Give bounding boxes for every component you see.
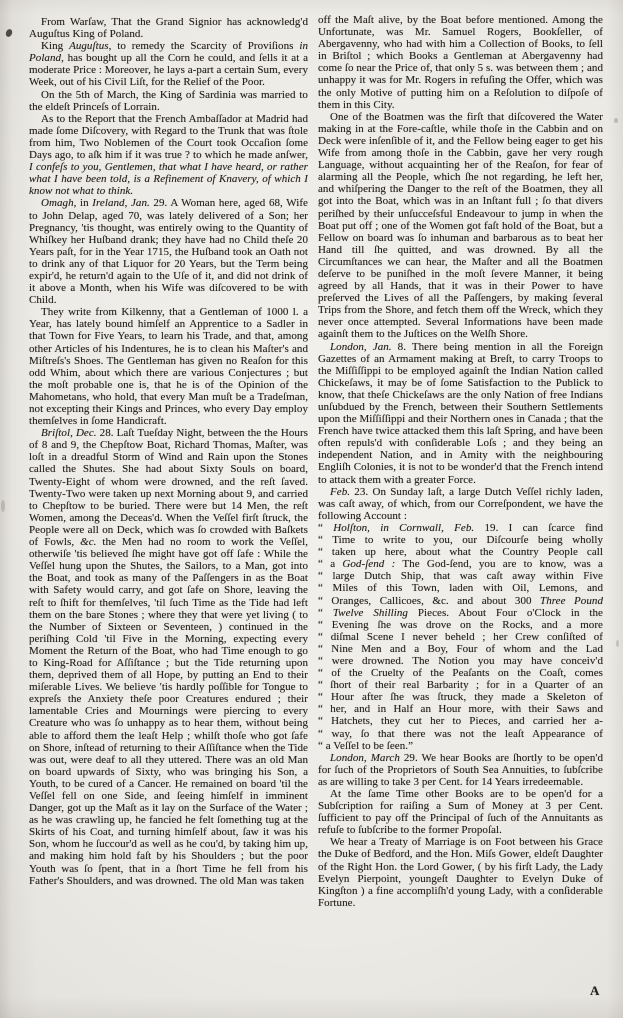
quoted-letter-line: “ Evening ſhe was drove on the Rocks, an… (318, 619, 603, 631)
italic-text-run: Feb. (330, 486, 350, 498)
quoted-letter-line: “ a God-ſend : The God-ſend, you are to … (318, 558, 603, 570)
printer-signature-mark: A (590, 983, 599, 999)
text-run: 8. There being mention in all the Foreig… (318, 341, 603, 486)
italic-text-run: &c. (80, 536, 96, 548)
text-run: “ diſmal Scene I never beheld ; her Crew… (318, 631, 603, 643)
quoted-letter-line: “ Nine Men and a Boy, Four of whom and t… (318, 643, 603, 655)
text-run: “ Nine Men and a Boy, Four of whom and t… (318, 643, 603, 655)
paragraph: As to the Report that the French Ambaſſa… (29, 113, 308, 198)
text-run: “ her, and in Half an Hour more, with th… (318, 703, 603, 715)
quoted-letter-line: “ way, ſo that there was not the leaſt A… (318, 728, 603, 740)
italic-text-run: Jan. (131, 197, 150, 209)
italic-text-run: Ireland (92, 197, 124, 209)
text-run: “ Hour after ſhe was ſtruck, they made a… (318, 691, 603, 703)
italic-text-run: Briſtol (41, 427, 70, 439)
italic-text-run: Jan. (373, 341, 392, 353)
quoted-letter-line: “ ſhort of their real Barbarity ; for in… (318, 679, 603, 691)
text-run: “ Hatchets, they cut her to Pieces, and … (318, 715, 603, 727)
quoted-letter-line: “ taken up here, about what the Country … (318, 546, 603, 558)
ink-speck (614, 118, 618, 123)
italic-text-run: Three Pound (540, 595, 603, 607)
text-run: “ way, ſo that there was not the leaſt A… (318, 728, 603, 740)
italic-text-run: God-ſend : (342, 558, 395, 570)
text-run: 29. A Woman here, aged 68, Wife to John … (29, 197, 308, 306)
newspaper-page: From Warſaw, That the Grand Signior has … (0, 0, 623, 1018)
quoted-letter-line: “ were drowned. The Notion you may have … (318, 655, 603, 667)
text-run: “ Evening ſhe was drove on the Rocks, an… (318, 619, 603, 631)
quoted-letter-line: “ diſmal Scene I never beheld ; her Crew… (318, 631, 603, 643)
paragraph: Briſtol, Dec. 28. Laſt Tueſday Night, be… (29, 427, 308, 887)
text-run: the Men had no room to work the Veſſel, … (29, 536, 308, 887)
text-run: 28. Laſt Tueſday Night, between the the … (29, 427, 308, 548)
quoted-letter-line: “ Time to write to you, our Diſcourſe be… (318, 534, 603, 546)
paragraph: London, March 29. We hear Books are ſhor… (318, 752, 603, 788)
quoted-letter-line: “ Oranges, Callicoes, &c. and about 300 … (318, 595, 603, 607)
italic-text-run: Auguſtus (69, 40, 109, 52)
paragraph: King Auguſtus, to remedy the Scarcity of… (29, 40, 308, 88)
text-run: “ Oranges, Callicoes, &c. and about 300 (318, 595, 540, 607)
italic-text-run: Omagh (41, 197, 74, 209)
quoted-letter: “ Holſton, in Cornwall, Feb. 19. I can ſ… (318, 522, 603, 752)
italic-text-run: London, March (330, 752, 400, 764)
italic-text-run: I confeſs to you, Gentlemen, that what I… (29, 161, 308, 197)
paragraph: One of the Boatmen was the firſt that di… (318, 111, 603, 341)
text-run: “ ſhort of their real Barbarity ; for in… (318, 679, 603, 691)
italic-text-run: London (330, 341, 364, 353)
text-run: From Warſaw, That the Grand Signior has … (29, 16, 308, 40)
quoted-letter-line: “ a Veſſel to be ſeen.” (318, 740, 603, 752)
text-run: As to the Report that the French Ambaſſa… (29, 113, 308, 161)
text-run: “ were drowned. The Notion you may have … (318, 655, 603, 667)
text-run: , to remedy the Scarcity of Proviſions (109, 40, 300, 52)
text-run: , in (74, 197, 93, 209)
text-run: , (364, 341, 373, 353)
paragraph: We hear a Treaty of Marriage is on Foot … (318, 836, 603, 909)
text-run: off the Maſt alive, by the Boat before m… (318, 14, 603, 111)
italic-text-run: Dec. (76, 427, 97, 439)
paragraph: On the 5th of March, the King of Sardini… (29, 89, 308, 113)
left-column: From Warſaw, That the Grand Signior has … (29, 16, 308, 1000)
paragraph: Omagh, in Ireland, Jan. 29. A Woman here… (29, 197, 308, 306)
text-run: “ large Dutch Ship, that was caſt away w… (318, 570, 603, 582)
quoted-letter-line: “ Hatchets, they cut her to Pieces, and … (318, 715, 603, 727)
paragraph: At the ſame Time other Books are to be o… (318, 788, 603, 836)
text-run: On the 5th of March, the King of Sardini… (29, 89, 308, 113)
text-run: “ of the Cruelty of the Peaſants on the … (318, 667, 603, 679)
text-run: At the ſame Time other Books are to be o… (318, 788, 603, 836)
text-run: “ (318, 522, 333, 534)
text-run: 19. I can ſcarce find (474, 522, 603, 534)
text-run: “ a (318, 558, 342, 570)
ink-speck (1, 500, 5, 512)
ink-speck (616, 640, 619, 647)
quoted-letter-line: “ large Dutch Ship, that was caſt away w… (318, 570, 603, 582)
quoted-letter-line: “ Miles of this Town, laden with Oil, Le… (318, 582, 603, 594)
text-run: The God-ſend, you are to know, was a (395, 558, 603, 570)
text-run: “ taken up here, about what the Country … (318, 546, 603, 558)
text-run: 23. On Sunday laſt, a large Dutch Veſſel… (318, 486, 603, 522)
quoted-letter-line: “ her, and in Half an Hour more, with th… (318, 703, 603, 715)
text-run: One of the Boatmen was the firſt that di… (318, 111, 603, 341)
paragraph: From Warſaw, That the Grand Signior has … (29, 16, 308, 40)
quoted-letter-line: “ Hour after ſhe was ſtruck, they made a… (318, 691, 603, 703)
paragraph: London, Jan. 8. There being mention in a… (318, 341, 603, 486)
ink-speck (5, 28, 14, 38)
text-run: They write from Kilkenny, that a Gentlem… (29, 306, 308, 427)
quoted-letter-line: “ Twelve Shilling Pieces. About Four o'C… (318, 607, 603, 619)
text-run: King (41, 40, 69, 52)
quoted-letter-line: “ Holſton, in Cornwall, Feb. 19. I can ſ… (318, 522, 603, 534)
text-run: Pieces. About Four o'Clock in the (408, 607, 603, 619)
text-run: “ Miles of this Town, laden with Oil, Le… (318, 582, 603, 594)
italic-text-run: Twelve Shilling (333, 607, 408, 619)
text-run: , has bought up all the Corn he could, a… (29, 52, 308, 88)
quoted-letter-line: “ of the Cruelty of the Peaſants on the … (318, 667, 603, 679)
paragraph: They write from Kilkenny, that a Gentlem… (29, 306, 308, 427)
italic-text-run: Holſton, in Cornwall, Feb. (333, 522, 474, 534)
text-run: “ (318, 607, 333, 619)
text-run: “ Time to write to you, our Diſcourſe be… (318, 534, 603, 546)
right-column: off the Maſt alive, by the Boat before m… (318, 14, 603, 1014)
paragraph: off the Maſt alive, by the Boat before m… (318, 14, 603, 111)
text-run: “ a Veſſel to be ſeen.” (318, 740, 413, 752)
paragraph: Feb. 23. On Sunday laſt, a large Dutch V… (318, 486, 603, 522)
text-run: We hear a Treaty of Marriage is on Foot … (318, 836, 603, 908)
